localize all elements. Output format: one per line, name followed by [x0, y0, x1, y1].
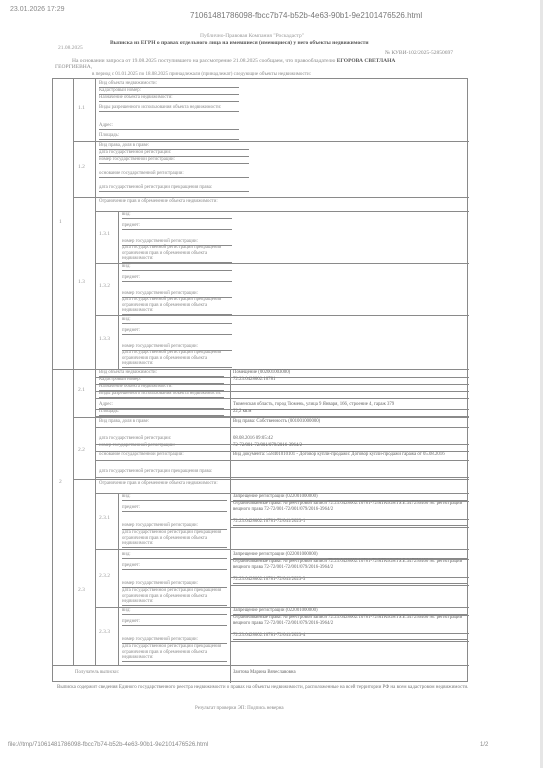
table-rule [95, 460, 469, 461]
field-label: дата государственной регистрации прекращ… [122, 350, 232, 368]
field-value: Тюменская область, город Тюмень, улица 9… [233, 402, 468, 408]
value-column-rule [230, 369, 231, 665]
field-label: вид: [122, 212, 232, 219]
field-label: дата государственной регистрации прекращ… [122, 530, 227, 548]
field-value: 72-72/001-72/001/079/2016-3964/2 [233, 443, 468, 449]
recipient-value: Заитова Марина Вячеславовна [233, 670, 468, 676]
field-label: Адрес: [99, 123, 239, 130]
field-label: Виды разрешенного использования объекта … [99, 105, 239, 112]
field-label: предмет: [122, 563, 227, 570]
subsection-number: 2.2 [78, 447, 85, 453]
field-label: Площадь: [99, 409, 224, 416]
field-label: дата государственной регистрации прекращ… [99, 469, 224, 475]
field-label: вид: [122, 264, 232, 271]
document-number: № КУВИ-102/2025-52850697 [385, 50, 453, 56]
field-label: дата государственной регистрации прекращ… [122, 644, 227, 662]
field-label: предмет: [122, 505, 227, 512]
field-label: Кадастровый номер: [99, 377, 224, 384]
table-rule [230, 519, 469, 520]
field-label: Площадь: [99, 133, 239, 140]
restriction-type: Запрещение регистрации (022001000000) [233, 608, 468, 615]
field-label: вид: [122, 317, 232, 324]
field-label: вид: [122, 608, 227, 615]
field-value: Вид документа: 558401010101 - Договор ку… [233, 452, 468, 458]
field-label: предмет: [122, 328, 232, 335]
field-value: 22,2 кв.м [233, 409, 468, 415]
field-value: 72:23:0428002:10781 [233, 377, 468, 383]
field-value: Вид права: Собственность (001001000000) [233, 419, 468, 425]
field-label: основание государственной регистрации: [99, 171, 249, 178]
item-number: 1.3.3 [99, 336, 110, 342]
field-label: номер государственной регистрации: [99, 443, 224, 449]
intro-line-3: в период с 01.01.2025 по 18.08.2025 прин… [92, 72, 311, 77]
table-rule [230, 641, 469, 642]
subsection-number: 1.1 [78, 105, 85, 111]
table-rule [53, 665, 469, 666]
field-label: номер государственной регистрации: [99, 157, 249, 164]
table-rule [95, 79, 96, 369]
intro-prefix: На основании запроса от 19.08.2025 посту… [72, 58, 335, 64]
footer-note: Выписка содержит сведения Единого госуда… [57, 685, 469, 691]
table-rule [230, 633, 469, 634]
field-label: предмет: [122, 275, 232, 282]
table-rule [118, 493, 119, 665]
table-rule [95, 369, 96, 665]
table-rule [73, 479, 469, 480]
field-label: дата государственной регистрации: [99, 436, 224, 442]
item-number: 2.3.1 [99, 515, 110, 521]
field-label: номер государственной регистрации: [122, 637, 227, 644]
table-rule [73, 369, 74, 665]
owner-name: ЕГОРОВА СВЕТЛАНА [337, 58, 396, 64]
item-number: 1.3.1 [99, 231, 110, 237]
value-column-rule [230, 665, 231, 683]
section-number: 2 [59, 479, 62, 485]
field-label: дата государственной регистрации прекращ… [122, 297, 232, 315]
field-label: вид: [122, 494, 227, 501]
subsection-number: 2.1 [78, 387, 85, 393]
intro-line-1: На основании запроса от 19.08.2025 посту… [72, 58, 472, 64]
table-rule [230, 501, 469, 502]
field-value: Помещение (002001003000) [233, 370, 468, 376]
table-rule [230, 577, 469, 578]
table-rule [73, 79, 74, 369]
rights-table: 1Вид объекта недвижимости:Кадастровый но… [52, 78, 468, 682]
field-label: Виды разрешенного использования объекта … [99, 391, 224, 398]
field-label: Ограничение прав и обременение объекта н… [99, 481, 224, 487]
field-label: дата государственной регистрации прекращ… [99, 185, 249, 192]
restriction-type: Запрещение регистрации (022001000000) [233, 552, 468, 559]
signature-check: Результат проверки ЭП: Подпись неверна [195, 706, 284, 711]
table-rule [73, 197, 469, 198]
subsection-number: 1.3 [78, 279, 85, 285]
table-rule [230, 527, 469, 528]
restriction-subject: Ограничиваемые права: № реестровой запис… [233, 559, 468, 570]
print-url: file:///tmp/71061481786098-fbcc7b74-b52b… [8, 742, 208, 748]
table-rule [230, 615, 469, 616]
field-label: Вид объекта недвижимости: [99, 81, 239, 88]
section-number: 1 [59, 219, 62, 225]
document-title: Выписка из ЕГРН о правах отдельного лица… [110, 40, 369, 46]
recipient-label: Получатель выписки: [75, 670, 195, 676]
document-date: 21.08.2025 [58, 45, 83, 51]
table-rule [118, 211, 119, 369]
field-label: предмет: [122, 619, 227, 626]
page-number: 1/2 [480, 742, 488, 748]
organization: Публично-Правовая Компания "Роскадастр" [200, 33, 304, 39]
intro-line-2: ГЕОРГИЕВНА, [55, 64, 92, 70]
field-label: Вид объекта недвижимости: [99, 370, 224, 377]
field-value: 08.08.2016 09:05:42 [233, 436, 468, 442]
field-label: дата государственной регистрации прекращ… [122, 588, 227, 606]
field-label: Назначение объекта недвижимости: [99, 384, 224, 391]
table-rule [95, 477, 469, 478]
field-label: Кадастровый номер: [99, 88, 239, 95]
table-rule [95, 398, 469, 399]
subsection-number: 1.2 [78, 164, 85, 170]
item-number: 2.3.3 [99, 629, 110, 635]
item-number: 1.3.2 [99, 283, 110, 289]
print-filename: 71061481786098-fbcc7b74-b52b-4e63-90b1-9… [190, 11, 422, 20]
field-label: Адрес: [99, 402, 224, 409]
table-rule [95, 315, 469, 316]
field-label: номер государственной регистрации: [122, 581, 227, 588]
table-rule [95, 427, 469, 428]
field-label: основание государственной регистрации: [99, 452, 224, 458]
field-label: предмет: [122, 223, 232, 230]
subsection-number: 2.3 [78, 587, 85, 593]
field-label: номер государственной регистрации: [122, 523, 227, 530]
field-label: Вид права, доля в праве: [99, 419, 224, 425]
item-number: 2.3.2 [99, 573, 110, 579]
restriction-type: Запрещение регистрации (022001000000) [233, 494, 468, 501]
field-label: вид: [122, 552, 227, 559]
table-rule [230, 585, 469, 586]
field-label: Назначение объекта недвижимости: [99, 95, 239, 102]
field-label: дата государственной регистрации: [99, 150, 249, 157]
table-rule [95, 549, 469, 550]
restriction-subject: Ограничиваемые права: № реестровой запис… [233, 501, 468, 512]
field-label: Вид права, доля в праве: [99, 143, 249, 150]
field-label: Ограничение прав и обременение объекта н… [99, 199, 239, 205]
field-label: дата государственной регистрации прекращ… [122, 245, 232, 263]
table-rule [73, 141, 469, 142]
table-rule [230, 559, 469, 560]
restriction-subject: Ограничиваемые права: № реестровой запис… [233, 615, 468, 626]
table-rule [73, 417, 469, 418]
print-datetime: 23.01.2026 17:29 [10, 6, 65, 13]
